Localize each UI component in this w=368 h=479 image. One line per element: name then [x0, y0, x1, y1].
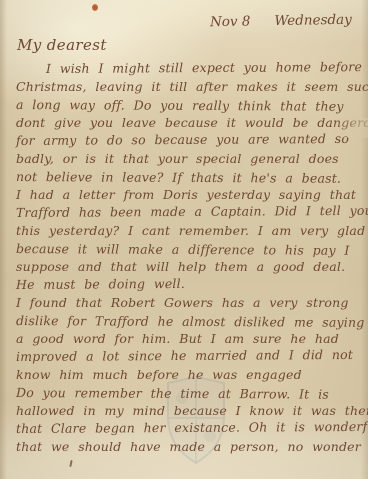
stray-ink-mark	[69, 460, 72, 467]
letter-line: that we should have made a person, no wo…	[16, 438, 364, 456]
letter-line: that Clare began her existance. Oh it is…	[16, 418, 364, 438]
letter-line: dislike for Trafford he almost disliked …	[16, 312, 364, 332]
letter-line: because it will make a difference to his…	[16, 240, 364, 260]
handwritten-letter-page: Nov 8 Wednesday My dearest I wish I migh…	[0, 0, 368, 479]
letter-line: He must be doing well.	[16, 274, 364, 294]
letter-line: not believe in leave? If thats it he's a…	[16, 168, 364, 188]
weekday: Wednesday	[274, 12, 352, 29]
salutation: My dearest	[17, 36, 107, 54]
letter-line: I wish I might still expect you home bef…	[46, 58, 364, 78]
letter-line: know him much before he was engaged	[16, 366, 364, 384]
letter-line: I found that Robert Gowers has a very st…	[16, 294, 364, 312]
letter-line: Trafford has been made a Captain. Did I …	[16, 202, 364, 222]
red-ink-speck	[92, 4, 98, 11]
letter-line: Christmas, leaving it till after makes i…	[16, 78, 364, 96]
letter-body: I wish I might still expect you home bef…	[16, 60, 364, 456]
date: Nov 8	[210, 14, 251, 31]
letter-line: a long way off. Do you really think that…	[16, 96, 364, 116]
letter-line: improved a lot since he married and I di…	[16, 346, 364, 366]
letter-line: for army to do so because you are wanted…	[16, 130, 364, 150]
date-line: Nov 8 Wednesday	[210, 12, 352, 30]
letter-line: this yesterday? I cant remember. I am ve…	[16, 222, 364, 240]
letter-line: badly, or is it that your special genera…	[16, 150, 364, 168]
letter-line: Do you remember the time at Barrow. It i…	[16, 384, 364, 404]
